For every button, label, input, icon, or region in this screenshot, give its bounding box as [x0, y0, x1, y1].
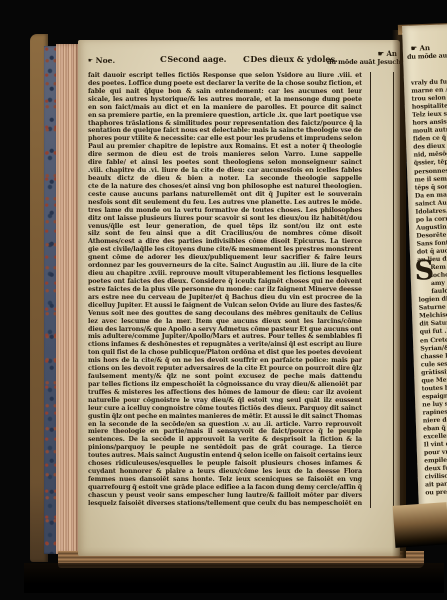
- text-fragment: chasse hors d: [420, 351, 447, 361]
- text-line: lez avec lescume de la mer. Item que auc…: [88, 318, 362, 326]
- text-line: quarrefourg q̄ estoit vne grāde place ed…: [88, 484, 362, 492]
- text-line: toutes autres. Mais sainct Augustin ente…: [88, 452, 362, 460]
- text-line: ordonnez par les gouverneurs de la cite.…: [88, 262, 362, 270]
- text-line: chascun y peust veoir sans empescher lun…: [88, 492, 362, 500]
- text-line: choses ridiculeuses/esquelles le peuple …: [88, 460, 362, 468]
- manicule-icon: ☛: [88, 58, 93, 64]
- text-line: en la seconde de la secōde/en sa questio…: [88, 421, 362, 429]
- text-line: miere theologie en partie/mais il sensuy…: [88, 428, 362, 436]
- text-line: dire sermon de dieu est de trois maniere…: [88, 151, 362, 159]
- text-line: des poetes. Loffice dung poete est decla…: [88, 80, 362, 88]
- text-line: ceste cause aucuns parlans naturellemēt …: [88, 191, 362, 199]
- text-line: lesquelz faisoiēt diverses stations/tell…: [88, 500, 362, 508]
- text-line: ctions on les devoit reputer adversaires…: [88, 365, 362, 373]
- text-line: en son faict/mais au dict et en la manie…: [88, 104, 362, 112]
- text-line: femmes nues dansoiēt sans honte. Telz ie…: [88, 476, 362, 484]
- text-line: sentation de quelque faict nous est dele…: [88, 127, 362, 135]
- text-line: ars estre nee du cerveau de Jupiter/et q…: [88, 294, 362, 302]
- next-running-head-line2: du mōde auāt Jesuch: [407, 50, 447, 60]
- next-page-text-fragments: vraly du furemarne en Asitrou selon Heho…: [411, 78, 447, 498]
- text-line: Paul au premier chapitre de lepistre aux…: [88, 143, 362, 151]
- text-line: Athomes/cest a dire des parties indivisi…: [88, 238, 362, 246]
- text-line: dire fable/ et ainsi les poetes sont the…: [88, 159, 362, 167]
- page-fore-edge: [56, 44, 80, 554]
- text-line: estre faictes de la plus vile personne d…: [88, 286, 362, 294]
- text-line: Venus soit nee des gouttes de sang decou…: [88, 310, 362, 318]
- text-line: dicelluy Jupiter. Et aussi le faignent d…: [88, 302, 362, 310]
- running-head-year-line2: du mōde auāt Jesuchrist.: [327, 58, 397, 66]
- text-line: venus/q̄lle est leur generation, de quel…: [88, 223, 362, 231]
- text-line: gnent cōme de adorer les dieux/publiquem…: [88, 254, 362, 262]
- text-line: ton quil fist de la chose publicque/Plat…: [88, 349, 362, 357]
- main-text-block: fait dauoir escript telles fictiōs Respo…: [88, 72, 362, 508]
- text-line: silz sont de feu ainsi que a dit Cracili…: [88, 230, 362, 238]
- text-line: tres lame du monde ou la vertu formative…: [88, 207, 362, 215]
- text-line: en sa premiere partie, en la premiere qu…: [88, 112, 362, 120]
- text-line: sentences. De la secōde il approuvoit la…: [88, 436, 362, 444]
- text-line: par telles fictions ilz empeschoiēt la c…: [88, 381, 362, 389]
- text-fragment: qui fut .lx. a: [420, 327, 447, 337]
- text-line: dieu des larrons/& que Apollo a servy Ad…: [88, 326, 362, 334]
- text-line: beaulx dictz de dieu & bien a noter. La …: [88, 175, 362, 183]
- text-line: gie est civile/laq̄lle les citoyens dune…: [88, 246, 362, 254]
- running-head-left: ☛ Noe.: [88, 56, 115, 65]
- book-shadow: [24, 563, 444, 593]
- text-fragment: ou premier li: [425, 488, 447, 498]
- running-head-chapter: CDes dieux & ydoles.: [243, 54, 338, 65]
- text-line: nesfois sont dit seulement du feu. Les a…: [88, 199, 362, 207]
- text-line: mis adultere/comme Jupiter/Apollo/Mars e…: [88, 333, 362, 341]
- text-line: dieu au chapitre .xviii. reprouve moult …: [88, 270, 362, 278]
- running-head-age: CSecond aage.: [160, 54, 226, 65]
- text-line: gustin q̄lz ont peche en maintes maniere…: [88, 413, 362, 421]
- page-gap-shadow: [392, 30, 406, 558]
- text-line: poetes ont faictes des dieux. Considere …: [88, 278, 362, 286]
- text-line: ditz ont laisse plusieurs liures pour sc…: [88, 215, 362, 223]
- text-line: cuydant honnorer & plaire a leurs dieux/…: [88, 468, 362, 476]
- text-line: ctions infames & deshōnestes et repugnāt…: [88, 341, 362, 349]
- text-line: naturelle pour cōgnoistre le vray dieu/&…: [88, 397, 362, 405]
- next-page-sliver: ☛ An du mōde auāt Jesuch S vraly du fure…: [402, 24, 447, 522]
- text-line: .viii. chapitre du .vi. liure de la cite…: [88, 167, 362, 175]
- next-page-bottom-curl: [393, 502, 447, 548]
- text-line: thaphores trāslations & similitudes pour…: [88, 120, 362, 128]
- text-line: fait dauoir escript telles fictiōs Respo…: [88, 72, 362, 80]
- text-line: leur cure a icelluy congnoistre cōme tou…: [88, 405, 362, 413]
- text-line: pinions/parquoy le peuple ne sentēdoit p…: [88, 444, 362, 452]
- text-line: truffes & misteres les affections des hō…: [88, 389, 362, 397]
- text-line: faulsement menty/& q̄lz ne sont point ex…: [88, 373, 362, 381]
- text-line: fable qui nait q̄lque bon & sain entende…: [88, 88, 362, 96]
- text-line: sicale, les autres hystorique/& les autr…: [88, 96, 362, 104]
- book-photo: ☛ Noe. CSecond aage. CDes dieux & ydoles…: [0, 0, 447, 600]
- text-line: phores pour vtilite & necessite: car ell…: [88, 135, 362, 143]
- text-fragment: Syrian/& Ny: [420, 343, 447, 353]
- text-line: cte de la nature des choses/et ainsi vng…: [88, 183, 362, 191]
- text-fragment: en Crete/a fu: [420, 335, 447, 345]
- text-line: mis hors de la cite/& q̄ on ne les devoi…: [88, 357, 362, 365]
- year-column-rule: [370, 72, 371, 508]
